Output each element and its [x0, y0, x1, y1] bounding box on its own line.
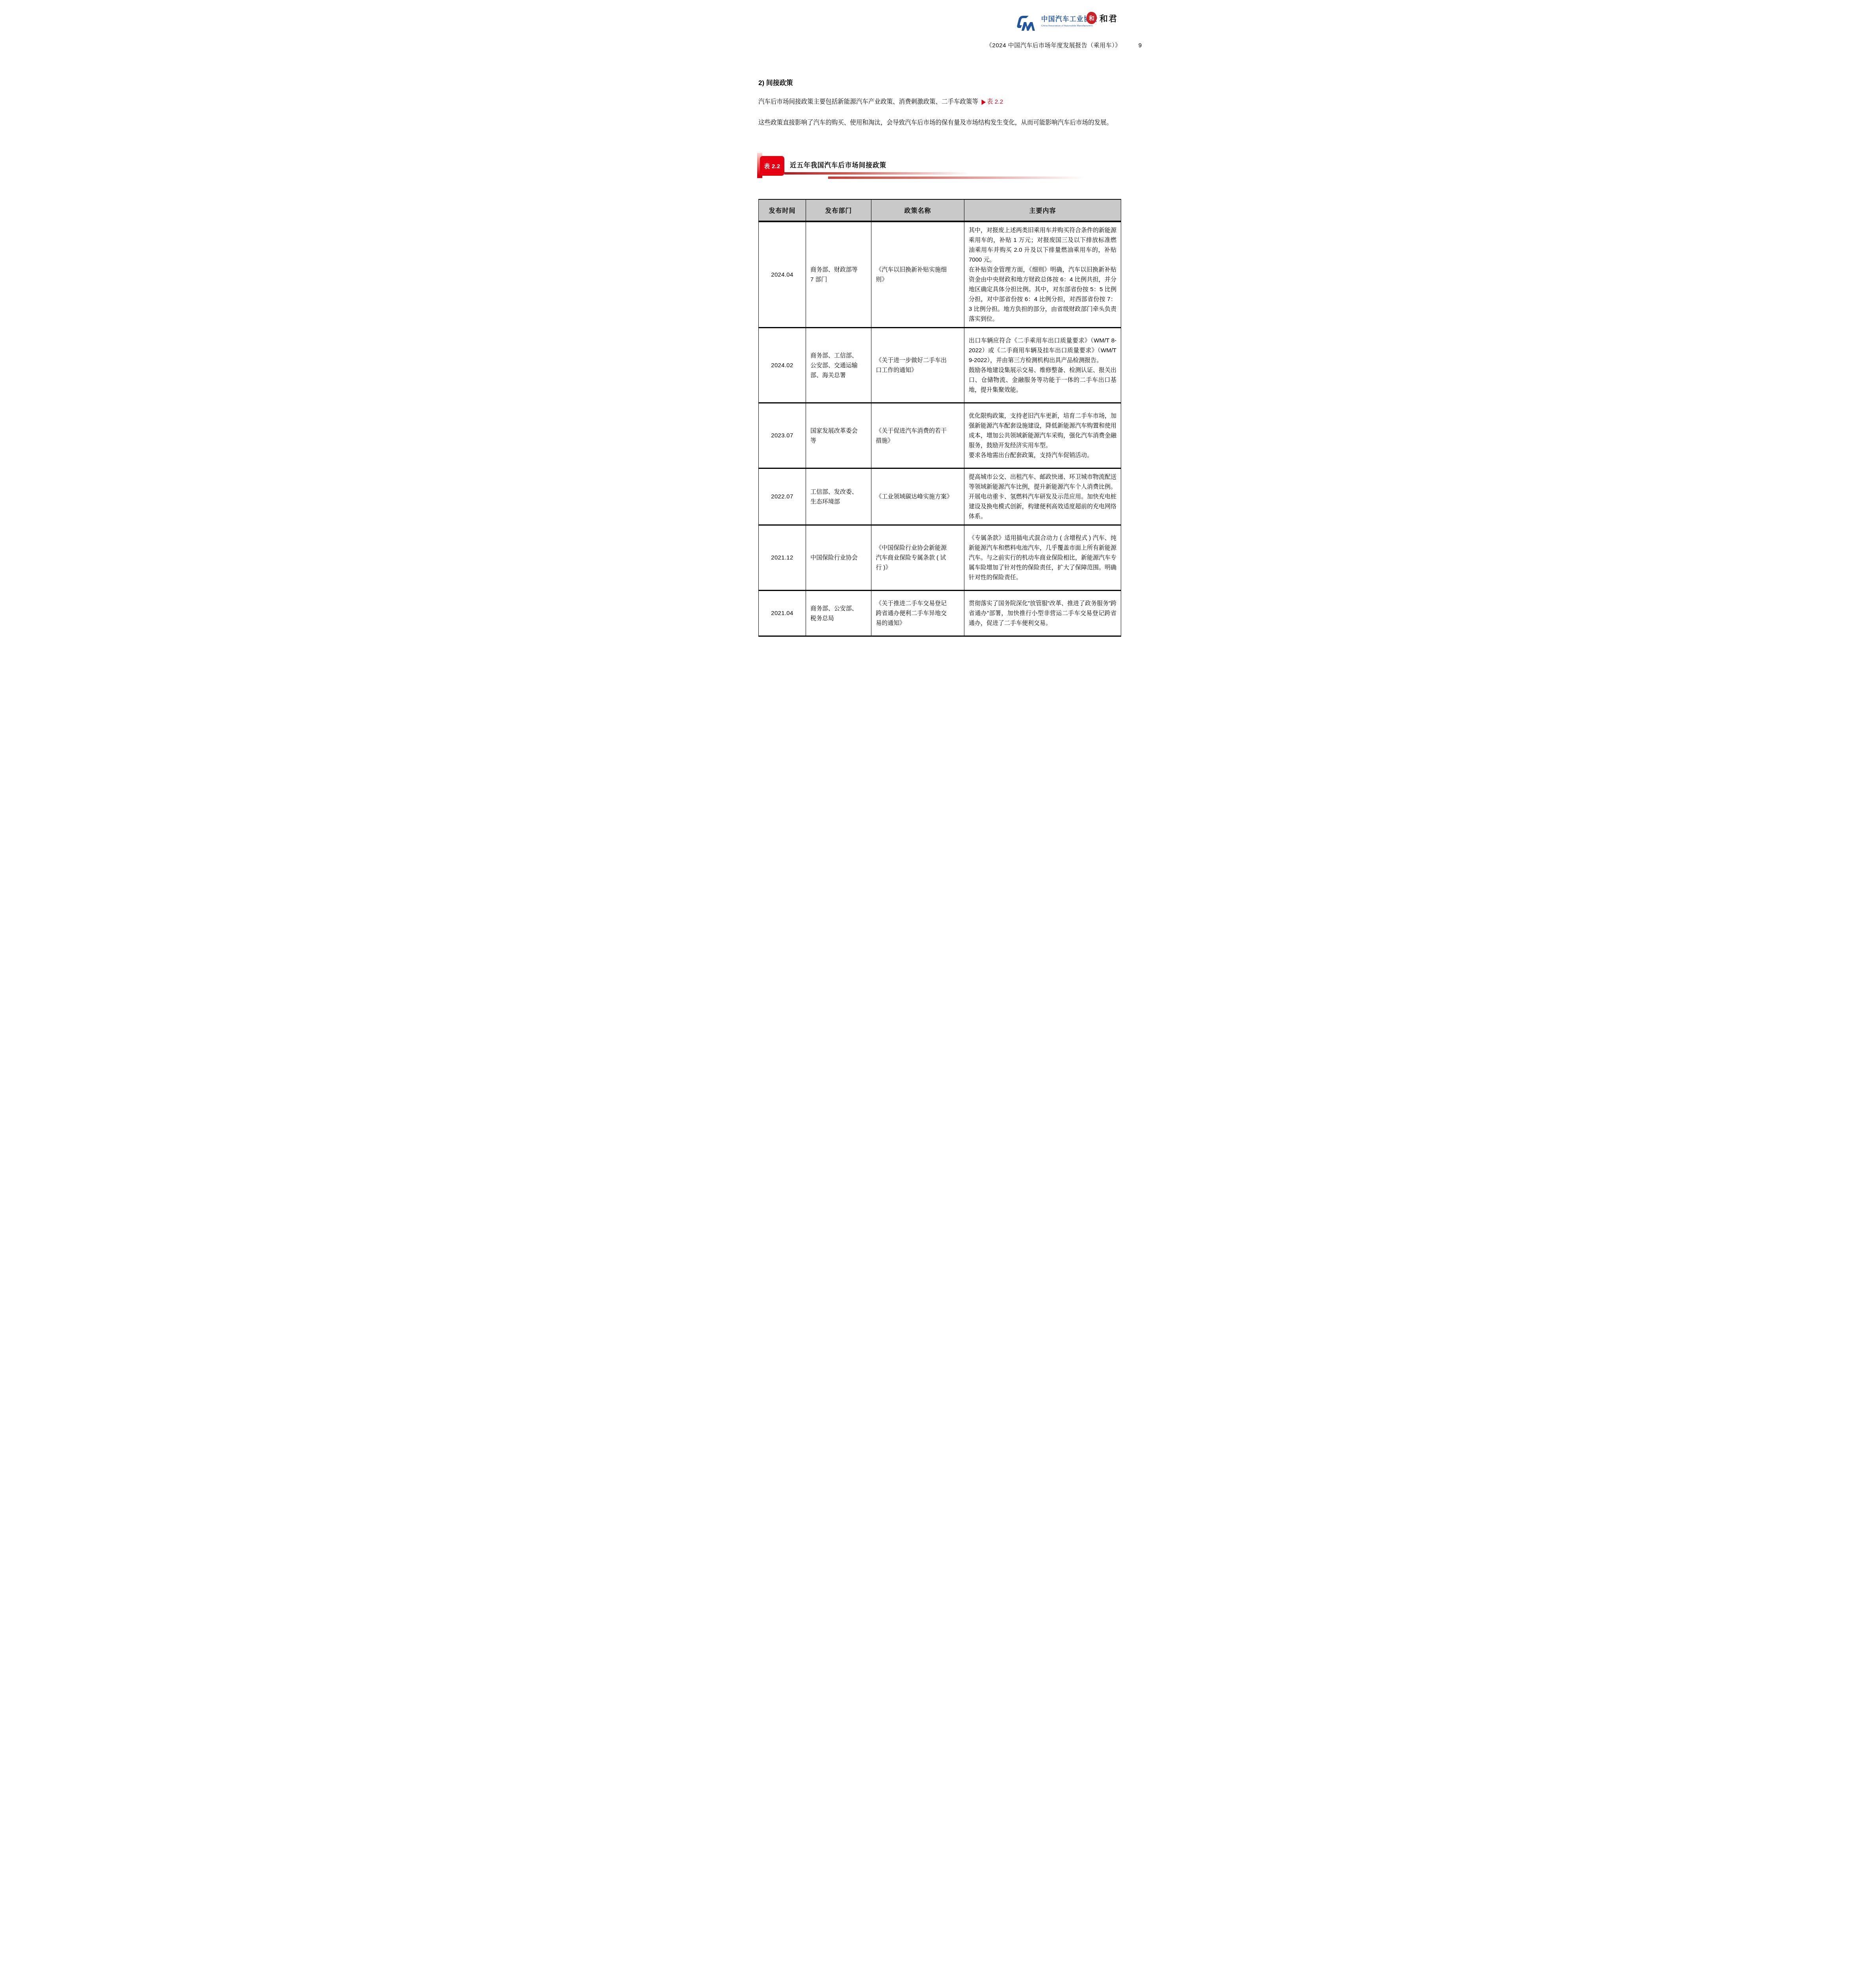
- col-header-policy-name: 政策名称: [871, 199, 964, 221]
- cell-main-content: 《专属条款》适用插电式混合动力 ( 含增程式 ) 汽车、纯新能源汽车和燃料电池汽…: [964, 525, 1121, 591]
- report-page: 中国汽车工业协会 China Association of Automobile…: [704, 0, 1172, 663]
- paragraph-intro: 汽车后市场间接政策主要包括新能源汽车产业政策、消费刺激政策、二手车政策等▶表 2…: [758, 96, 1122, 108]
- col-header-department: 发布部门: [806, 199, 871, 221]
- paragraph-impact: 这些政策直接影响了汽车的购买、使用和淘汰，会导致汽车后市场的保有量及市场结构发生…: [758, 117, 1122, 129]
- cell-department: 商务部、公安部、 税务总局: [806, 591, 871, 636]
- hejun-name: 和君: [1100, 12, 1118, 24]
- table-row: 2021.04 商务部、公安部、 税务总局 《关于推进二手车交易登记 跨省通办便…: [759, 591, 1121, 636]
- header-logos: 中国汽车工业协会 China Association of Automobile…: [1017, 12, 1147, 36]
- table-row: 2024.02 商务部、工信部、 公安部、交通运输 部、海关总署 《关于进一步做…: [759, 328, 1121, 403]
- cell-main-content: 优化限购政策，支持老旧汽车更新，培育二手车市场，加强新能源汽车配套设施建设，降低…: [964, 403, 1121, 468]
- col-header-publish-date: 发布时间: [759, 199, 806, 221]
- cell-department: 国家发展改革委会 等: [806, 403, 871, 468]
- hejun-logo: 和 和君: [1087, 12, 1118, 24]
- section-heading: 2) 间接政策: [758, 77, 793, 87]
- page-number: 9: [1139, 42, 1142, 49]
- banner-gradient-line-2: [828, 177, 1084, 179]
- paragraph-intro-text: 汽车后市场间接政策主要包括新能源汽车产业政策、消费刺激政策、二手车政策等: [758, 98, 978, 105]
- cell-main-content: 提高城市公交、出租汽车、邮政快递、环卫城市物流配送等领域新能源汽车比例，提升新能…: [964, 468, 1121, 525]
- table-row: 2023.07 国家发展改革委会 等 《关于促进汽车消费的若干 措施》 优化限购…: [759, 403, 1121, 468]
- cell-publish-date: 2024.04: [759, 221, 806, 328]
- policy-table: 发布时间 发布部门 政策名称 主要内容 2024.04 商务部、财政部等 7 部…: [758, 199, 1121, 637]
- triangle-icon: ▶: [982, 95, 986, 110]
- cell-policy-name: 《工业领域碳达峰实施方案》: [871, 468, 964, 525]
- cell-department: 商务部、财政部等 7 部门: [806, 221, 871, 328]
- cell-publish-date: 2022.07: [759, 468, 806, 525]
- cell-department: 工信部、发改委、 生态环境部: [806, 468, 871, 525]
- cell-policy-name: 《关于进一步做好二手车出 口工作的通知》: [871, 328, 964, 403]
- table-row: 2024.04 商务部、财政部等 7 部门 《汽车以旧换新补贴实施细 则》 其中…: [759, 221, 1121, 328]
- hejun-seal-icon: 和: [1087, 12, 1097, 24]
- cell-main-content: 贯彻落实了国务院深化”放管服”改革、推进了政务服务”跨省通办”部署，加快推行小型…: [964, 591, 1121, 636]
- banner-gradient-line-1: [784, 172, 970, 175]
- cell-main-content: 出口车辆应符合《二手乘用车出口质量要求》（WM/T 8-2022）或《二手商用车…: [964, 328, 1121, 403]
- header-row: 发布时间 发布部门 政策名称 主要内容: [759, 199, 1121, 221]
- doc-title: 《2024 中国汽车后市场年度发展报告（乘用车）》: [986, 41, 1121, 49]
- table-ref-label: 表 2.2: [987, 98, 1003, 105]
- header-title-line: 《2024 中国汽车后市场年度发展报告（乘用车）》 9: [986, 41, 1142, 49]
- cell-publish-date: 2021.04: [759, 591, 806, 636]
- cell-department: 中国保险行业协会: [806, 525, 871, 591]
- cell-department: 商务部、工信部、 公安部、交通运输 部、海关总署: [806, 328, 871, 403]
- table-title: 近五年我国汽车后市场间接政策: [790, 160, 886, 169]
- cell-policy-name: 《中国保险行业协会新能源 汽车商业保险专属条款 ( 试 行 )》: [871, 525, 964, 591]
- cell-policy-name: 《关于推进二手车交易登记 跨省通办便利二手车异地交 易的通知》: [871, 591, 964, 636]
- col-header-main-content: 主要内容: [964, 199, 1121, 221]
- cell-publish-date: 2023.07: [759, 403, 806, 468]
- caam-cm-icon: [1017, 15, 1038, 32]
- cell-publish-date: 2021.12: [759, 525, 806, 591]
- policy-table-head: 发布时间 发布部门 政策名称 主要内容: [759, 199, 1121, 221]
- table-row: 2022.07 工信部、发改委、 生态环境部 《工业领域碳达峰实施方案》 提高城…: [759, 468, 1121, 525]
- table-banner: 表 2.2 近五年我国汽车后市场间接政策: [757, 153, 1120, 181]
- cell-policy-name: 《汽车以旧换新补贴实施细 则》: [871, 221, 964, 328]
- caam-name-en: China Association of Automobile Manufact…: [1041, 25, 1098, 27]
- cell-publish-date: 2024.02: [759, 328, 806, 403]
- cell-policy-name: 《关于促进汽车消费的若干 措施》: [871, 403, 964, 468]
- policy-table-body: 2024.04 商务部、财政部等 7 部门 《汽车以旧换新补贴实施细 则》 其中…: [759, 221, 1121, 636]
- cell-main-content: 其中，对报废上述两类旧乘用车并购买符合条件的新能源乘用车的，补贴 1 万元；对报…: [964, 221, 1121, 328]
- table-badge: 表 2.2: [760, 156, 784, 176]
- table-row: 2021.12 中国保险行业协会 《中国保险行业协会新能源 汽车商业保险专属条款…: [759, 525, 1121, 591]
- caam-logo: 中国汽车工业协会 China Association of Automobile…: [1017, 15, 1098, 32]
- table-ref: ▶表 2.2: [978, 98, 1003, 105]
